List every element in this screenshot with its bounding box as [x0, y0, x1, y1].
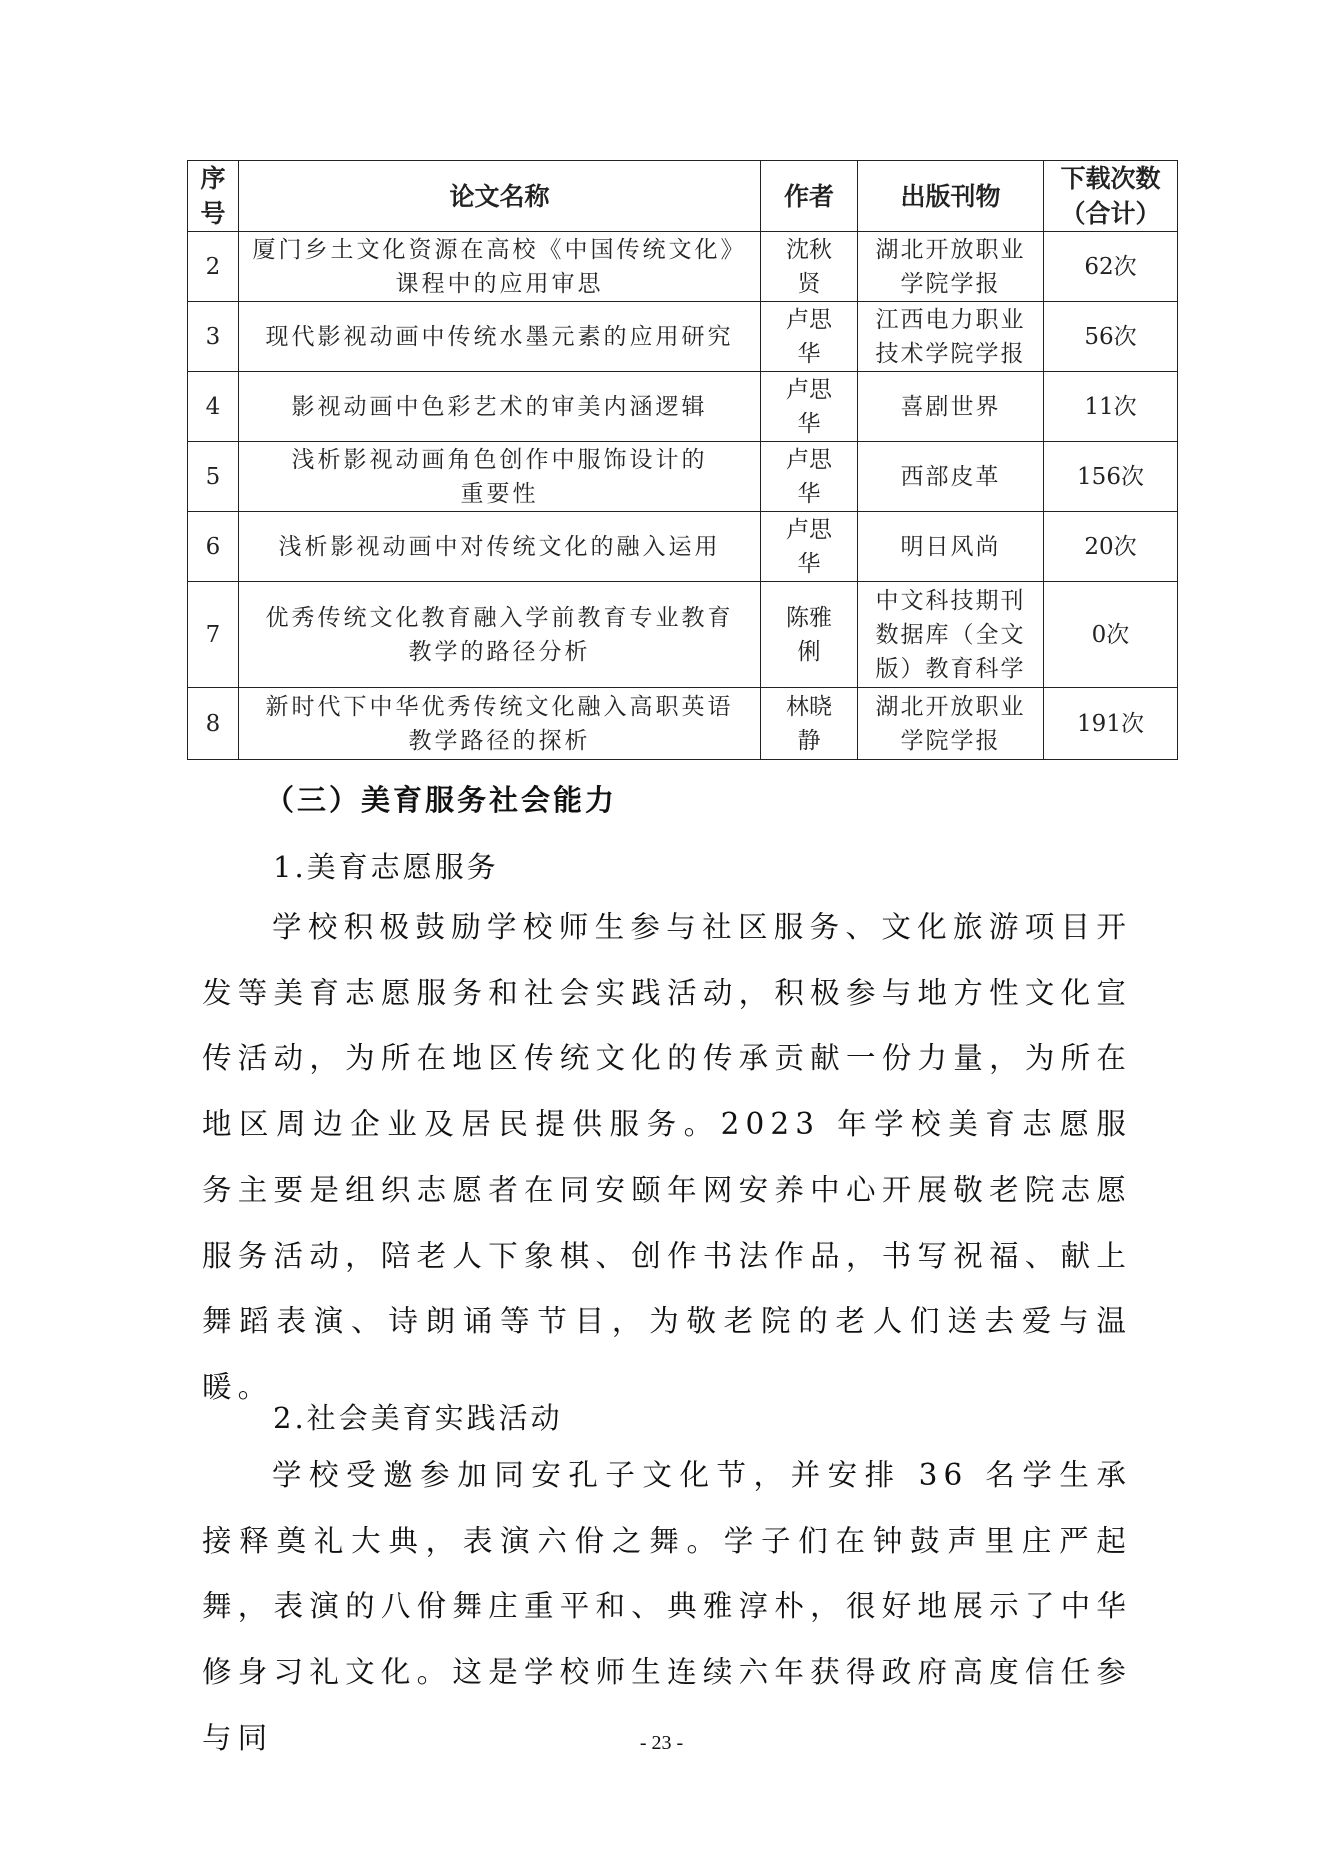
cell-downloads: 156次: [1044, 442, 1178, 512]
table-row: 8 新时代下中华优秀传统文化融入高职英语 教学路径的探析 林晓 静 湖北开放职业…: [188, 688, 1178, 760]
header-author: 作者: [761, 161, 858, 232]
cell-author: 沈秋 贤: [761, 232, 858, 302]
cell-author: 卢思 华: [761, 302, 858, 372]
cell-no: 3: [188, 302, 239, 372]
cell-title: 浅析影视动画中对传统文化的融入运用: [239, 512, 761, 582]
cell-publication: 喜剧世界: [858, 372, 1044, 442]
cell-title: 现代影视动画中传统水墨元素的应用研究: [239, 302, 761, 372]
table-header-row: 序 号 论文名称 作者 出版刊物 下载次数 （合计）: [188, 161, 1178, 232]
header-downloads: 下载次数 （合计）: [1044, 161, 1178, 232]
cell-publication: 西部皮革: [858, 442, 1044, 512]
table-row: 5 浅析影视动画角色创作中服饰设计的 重要性 卢思 华 西部皮革 156次: [188, 442, 1178, 512]
table-row: 2 厦门乡土文化资源在高校《中国传统文化》 课程中的应用审思 沈秋 贤 湖北开放…: [188, 232, 1178, 302]
cell-no: 6: [188, 512, 239, 582]
cell-downloads: 191次: [1044, 688, 1178, 760]
cell-no: 8: [188, 688, 239, 760]
table-row: 6 浅析影视动画中对传统文化的融入运用 卢思 华 明日风尚 20次: [188, 512, 1178, 582]
cell-publication: 江西电力职业 技术学院学报: [858, 302, 1044, 372]
cell-publication: 明日风尚: [858, 512, 1044, 582]
cell-publication: 湖北开放职业 学院学报: [858, 688, 1044, 760]
cell-no: 4: [188, 372, 239, 442]
cell-downloads: 20次: [1044, 512, 1178, 582]
cell-title: 新时代下中华优秀传统文化融入高职英语 教学路径的探析: [239, 688, 761, 760]
papers-table: 序 号 论文名称 作者 出版刊物 下载次数 （合计） 2 厦门乡土文化资源在高校…: [187, 160, 1178, 760]
cell-downloads: 62次: [1044, 232, 1178, 302]
cell-title: 浅析影视动画角色创作中服饰设计的 重要性: [239, 442, 761, 512]
cell-no: 7: [188, 582, 239, 688]
document-page: 序 号 论文名称 作者 出版刊物 下载次数 （合计） 2 厦门乡土文化资源在高校…: [0, 0, 1323, 1871]
paragraph-volunteer-service: 学校积极鼓励学校师生参与社区服务、文化旅游项目开发等美育志愿服务和社会实践活动，…: [202, 895, 1132, 1421]
cell-title: 优秀传统文化教育融入学前教育专业教育 教学的路径分析: [239, 582, 761, 688]
paragraph-social-practice: 学校受邀参加同安孔子文化节，并安排 36 名学生承接释奠礼大典，表演六佾之舞。学…: [202, 1443, 1132, 1772]
cell-publication: 中文科技期刊 数据库（全文 版）教育科学: [858, 582, 1044, 688]
table-row: 7 优秀传统文化教育融入学前教育专业教育 教学的路径分析 陈雅 俐 中文科技期刊…: [188, 582, 1178, 688]
section-heading: （三）美育服务社会能力: [265, 778, 617, 819]
cell-title: 厦门乡土文化资源在高校《中国传统文化》 课程中的应用审思: [239, 232, 761, 302]
header-title: 论文名称: [239, 161, 761, 232]
cell-downloads: 0次: [1044, 582, 1178, 688]
table-row: 4 影视动画中色彩艺术的审美内涵逻辑 卢思 华 喜剧世界 11次: [188, 372, 1178, 442]
cell-author: 卢思 华: [761, 442, 858, 512]
cell-author: 林晓 静: [761, 688, 858, 760]
subsection-heading-volunteer: 1.美育志愿服务: [273, 845, 499, 886]
table-row: 3 现代影视动画中传统水墨元素的应用研究 卢思 华 江西电力职业 技术学院学报 …: [188, 302, 1178, 372]
cell-no: 5: [188, 442, 239, 512]
subsection-heading-social-practice: 2.社会美育实践活动: [273, 1396, 563, 1437]
cell-title: 影视动画中色彩艺术的审美内涵逻辑: [239, 372, 761, 442]
header-publication: 出版刊物: [858, 161, 1044, 232]
cell-no: 2: [188, 232, 239, 302]
header-no: 序 号: [188, 161, 239, 232]
cell-publication: 湖北开放职业 学院学报: [858, 232, 1044, 302]
cell-author: 卢思 华: [761, 372, 858, 442]
cell-downloads: 11次: [1044, 372, 1178, 442]
cell-author: 陈雅 俐: [761, 582, 858, 688]
cell-downloads: 56次: [1044, 302, 1178, 372]
page-number: - 23 -: [0, 1732, 1323, 1755]
cell-author: 卢思 华: [761, 512, 858, 582]
